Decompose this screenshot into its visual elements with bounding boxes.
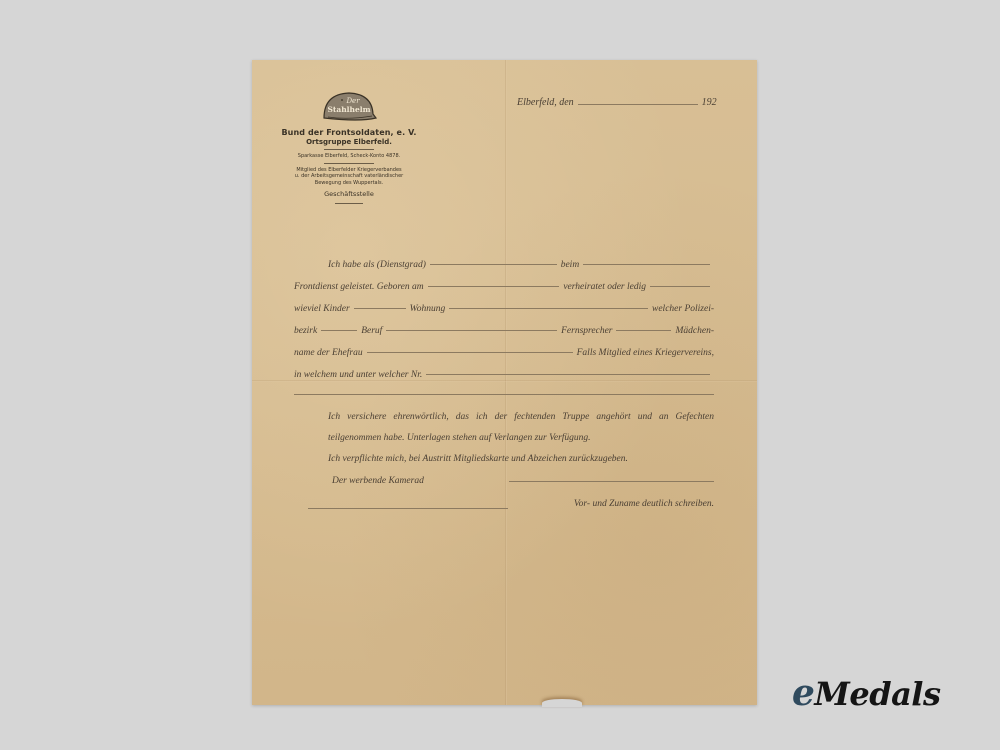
recruiter-label: Der werbende Kamerad xyxy=(332,476,424,486)
unit-label: beim xyxy=(561,260,579,270)
rank-field[interactable] xyxy=(430,263,557,265)
letterhead: Der Stahlhelm Bund der Frontsoldaten, e.… xyxy=(274,90,424,204)
applicant-name-field[interactable] xyxy=(509,481,714,482)
svg-text:Der: Der xyxy=(345,97,360,105)
place-date-label: Elberfeld, den xyxy=(517,97,574,108)
divider xyxy=(335,203,363,204)
police-district-label: welcher Polizei- xyxy=(652,304,714,314)
membership-line: u. der Arbeitsgemeinschaft vaterländisch… xyxy=(274,173,424,180)
club-number-label: in welchem und unter welcher Nr. xyxy=(294,370,422,380)
membership-form: Ich habe als (Dienstgrad) beim Frontdien… xyxy=(294,260,714,470)
date-field[interactable] xyxy=(578,103,698,105)
form-row: wieviel Kinder Wohnung welcher Polizei- xyxy=(294,304,714,326)
declaration-paragraph: Ich verpflichte mich, bei Austritt Mitgl… xyxy=(294,449,714,470)
form-row: Ich habe als (Dienstgrad) beim xyxy=(294,260,714,282)
declaration: Ich versichere ehrenwörtlich, das ich de… xyxy=(294,407,714,470)
logo-prefix: e xyxy=(792,672,814,714)
bank-account: Sparkasse Elberfeld, Scheck-Konto 4878. xyxy=(274,153,424,160)
phone-field[interactable] xyxy=(616,329,671,331)
unit-field[interactable] xyxy=(583,263,710,265)
organization-name: Bund der Frontsoldaten, e. V. xyxy=(274,128,424,137)
rank-label: Ich habe als (Dienstgrad) xyxy=(328,260,426,270)
form-row: Frontdienst geleistet. Geboren am verhei… xyxy=(294,282,714,304)
svg-text:Stahlhelm: Stahlhelm xyxy=(327,105,370,114)
document-sheet: Der Stahlhelm Bund der Frontsoldaten, e.… xyxy=(252,60,757,705)
children-field[interactable] xyxy=(354,307,406,309)
maiden-name-field[interactable] xyxy=(367,351,573,353)
logo-name: Medals xyxy=(814,675,940,713)
divider xyxy=(324,149,374,150)
year-prefix: 192 xyxy=(702,97,717,108)
recruiter-signature-field[interactable] xyxy=(308,508,508,509)
maiden-label: Mädchen- xyxy=(675,326,714,336)
helmet-emblem-icon: Der Stahlhelm xyxy=(320,90,378,124)
marital-label: verheiratet oder ledig xyxy=(563,282,646,292)
signature-block: Der werbende Kamerad Vor- und Zuname deu… xyxy=(294,470,714,520)
district-label: bezirk xyxy=(294,326,317,336)
bottom-edge-tear xyxy=(542,699,582,707)
residence-field[interactable] xyxy=(449,307,648,309)
form-row: name der Ehefrau Falls Mitglied eines Kr… xyxy=(294,348,714,370)
phone-label: Fernsprecher xyxy=(561,326,612,336)
divider xyxy=(324,163,374,164)
dateline: Elberfeld, den 192 xyxy=(517,97,717,108)
form-row: bezirk Beruf Fernsprecher Mädchen- xyxy=(294,326,714,348)
children-label: wieviel Kinder xyxy=(294,304,350,314)
local-group: Ortsgruppe Elberfeld. xyxy=(274,138,424,146)
membership-line: Bewegung des Wuppertals. xyxy=(274,180,424,187)
birth-label: Frontdienst geleistet. Geboren am xyxy=(294,282,424,292)
emedals-watermark-logo: eMedals xyxy=(792,672,940,714)
section-divider xyxy=(294,394,714,395)
veterans-club-label: Falls Mitglied eines Kriegervereins, xyxy=(577,348,714,358)
office-label: Geschäftsstelle xyxy=(274,190,424,198)
occupation-field[interactable] xyxy=(386,329,557,331)
residence-label: Wohnung xyxy=(410,304,446,314)
marital-field[interactable] xyxy=(650,285,710,287)
form-row: in welchem und unter welcher Nr. xyxy=(294,370,714,392)
club-number-field[interactable] xyxy=(426,373,710,375)
occupation-label: Beruf xyxy=(361,326,382,336)
declaration-paragraph: Ich versichere ehrenwörtlich, das ich de… xyxy=(294,407,714,449)
district-field[interactable] xyxy=(321,329,357,331)
wife-label: name der Ehefrau xyxy=(294,348,363,358)
name-hint: Vor- und Zuname deutlich schreiben. xyxy=(574,499,714,509)
birth-field[interactable] xyxy=(428,285,560,287)
